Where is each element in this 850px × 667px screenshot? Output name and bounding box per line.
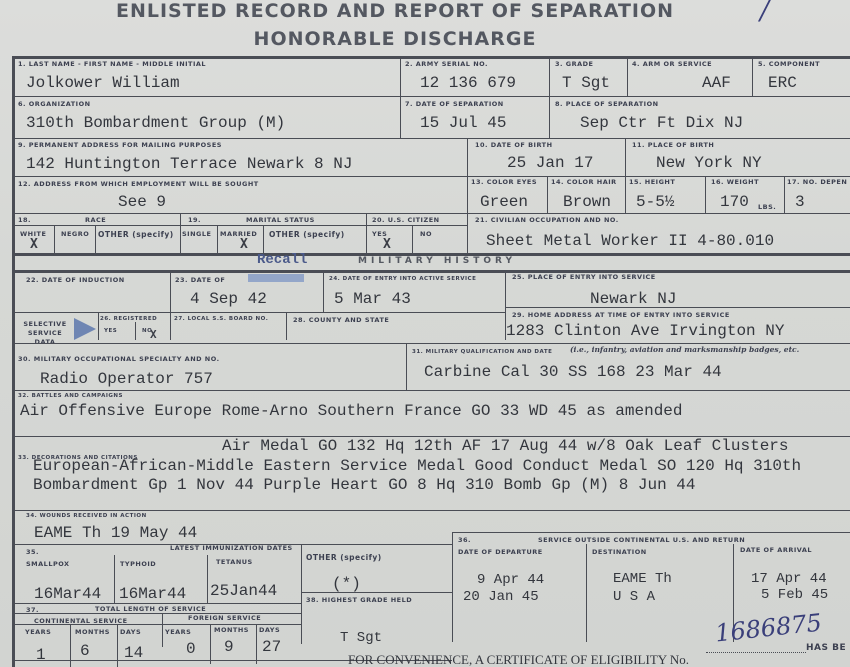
label-race: RACE: [85, 216, 106, 224]
label-county-state: 28. COUNTY AND STATE: [293, 316, 389, 324]
col-arrival: DATE OF ARRIVAL: [740, 546, 812, 554]
divider: [217, 225, 218, 253]
label-date-of: 23. DATE OF: [175, 276, 225, 284]
option-married: MARRIED: [220, 230, 257, 238]
label-induction: 22. DATE OF INDUCTION: [26, 276, 125, 284]
certificate-number: 1686875: [714, 608, 823, 647]
divider: [547, 176, 548, 213]
value-typhoid: 16Mar44: [119, 585, 186, 603]
row2-destination: U S A: [613, 589, 655, 605]
label-height: 15. HEIGHT: [629, 178, 675, 186]
label-marital: MARITAL STATUS: [246, 216, 315, 224]
label-qualification: 31. MILITARY QUALIFICATION AND DATE: [412, 349, 552, 355]
value-occupation: Sheet Metal Worker II 4-80.010: [486, 232, 774, 250]
value-organization: 310th Bombardment Group (M): [26, 114, 285, 132]
rule: [12, 96, 850, 97]
col-cont-years: YEARS: [25, 628, 51, 636]
col-smallpox: SMALLPOX: [26, 560, 70, 568]
unit-lbs: LBS.: [758, 203, 776, 211]
military-history-heading: MILITARY HISTORY: [358, 256, 516, 266]
label-dependents: 17. NO. DEPEN: [787, 178, 847, 186]
option-registered-yes: YES: [104, 328, 117, 334]
value-tetanus: 25Jan44: [210, 582, 277, 600]
row1-destination: EAME Th: [613, 571, 672, 587]
option-race-other: OTHER (specify): [98, 230, 174, 239]
label-weight: 16. WEIGHT: [711, 178, 759, 186]
value-home-address: 1283 Clinton Ave Irvington NY: [506, 322, 784, 340]
divider: [784, 176, 785, 213]
frame-top: [12, 56, 850, 59]
label-overseas: SERVICE OUTSIDE CONTINENTAL U.S. AND RET…: [538, 536, 745, 544]
label-home-address: 29. HOME ADDRESS AT TIME OF ENTRY INTO S…: [512, 311, 730, 319]
value-height: 5-5½: [636, 193, 674, 211]
divider: [180, 213, 181, 253]
label-foreign: FOREIGN SERVICE: [188, 614, 261, 622]
divider: [400, 56, 401, 138]
value-smallpox: 16Mar44: [34, 585, 101, 603]
label-eyes: 13. COLOR EYES: [471, 178, 537, 186]
rule: [12, 213, 467, 214]
value-serial: 12 136 679: [420, 74, 516, 92]
value-name: Jolkower William: [26, 74, 180, 92]
divider: [170, 312, 171, 340]
document-subtitle: HONORABLE DISCHARGE: [0, 28, 820, 50]
value-arm: AAF: [702, 74, 731, 92]
label-organization: 6. ORGANIZATION: [18, 100, 91, 108]
label-dob: 10. DATE OF BIRTH: [475, 141, 553, 149]
value-grade: T Sgt: [562, 74, 610, 92]
divider: [406, 343, 407, 390]
checkbox-registered-no[interactable]: X: [150, 328, 157, 341]
label-name: 1. LAST NAME - FIRST NAME - MIDDLE INITI…: [18, 60, 206, 68]
label-component: 5. COMPONENT: [758, 60, 820, 68]
qualification-hint: (i.e., infantry, aviation and marksmansh…: [570, 345, 799, 354]
value-hair: Brown: [563, 193, 611, 211]
row2-arrival: 5 Feb 45: [761, 587, 828, 603]
checkbox-white[interactable]: X: [30, 237, 38, 252]
divider: [625, 176, 626, 213]
divider: [752, 56, 753, 96]
value-dependents: 3: [795, 193, 805, 211]
divider: [263, 225, 264, 253]
value-employment-address: See 9: [118, 193, 166, 211]
col-cont-days: DAYS: [120, 628, 141, 636]
divider: [114, 555, 115, 603]
label-arm: 4. ARM OR SERVICE: [632, 60, 712, 68]
value-highest-grade: T Sgt: [340, 630, 382, 646]
value-foreign-days: 27: [262, 638, 281, 656]
divider: [586, 544, 587, 642]
col-tetanus: TETANUS: [216, 558, 253, 566]
value-decorations-line2: European-African-Middle Eastern Service …: [33, 457, 801, 475]
divider: [549, 56, 550, 96]
divider: [207, 555, 208, 603]
option-single: SINGLE: [182, 230, 211, 238]
label-serial: 2. ARMY SERIAL NO.: [405, 60, 488, 68]
document-title: ENLISTED RECORD AND REPORT OF SEPARATION: [0, 0, 820, 22]
value-entry-place: Newark NJ: [590, 290, 676, 308]
value-active-service: 5 Mar 43: [334, 290, 411, 308]
discharge-document: ENLISTED RECORD AND REPORT OF SEPARATION…: [0, 0, 850, 667]
rule: [505, 307, 850, 308]
rule: [467, 213, 850, 214]
pen-mark: /: [760, 0, 769, 26]
rule: [12, 624, 301, 625]
col-typhoid: TYPHOID: [120, 560, 156, 568]
rule: [12, 138, 850, 139]
rule: [12, 176, 850, 177]
footer-tail: HAS BE: [806, 643, 846, 653]
col-destination: DESTINATION: [592, 548, 647, 556]
option-negro: NEGRO: [61, 230, 89, 238]
value-decorations-line1: Air Medal GO 132 Hq 12th AF 17 Aug 44 w/…: [222, 437, 789, 455]
col-cont-months: MONTHS: [75, 628, 110, 636]
col-foreign-years: YEARS: [165, 628, 191, 636]
rule: [12, 225, 467, 226]
divider: [210, 624, 211, 664]
label-sep-place: 8. PLACE OF SEPARATION: [555, 100, 659, 108]
divider: [467, 138, 468, 253]
value-battles: Air Offensive Europe Rome-Arno Southern …: [20, 402, 683, 420]
label-immunization-num: 35.: [26, 548, 39, 556]
rule: [12, 312, 505, 313]
label-mail-address: 9. PERMANENT ADDRESS FOR MAILING PURPOSE…: [18, 141, 222, 149]
divider: [625, 138, 626, 176]
col-departure: DATE OF DEPARTURE: [458, 548, 543, 556]
rule: [12, 510, 850, 511]
redacted-stamp: [248, 274, 304, 282]
row1-departure: 9 Apr 44: [477, 572, 544, 588]
rule: [301, 592, 452, 593]
label-sep-date: 7. DATE OF SEPARATION: [405, 100, 504, 108]
divider: [366, 213, 367, 253]
label-board-no: 27. LOCAL S.S. BOARD NO.: [174, 316, 268, 322]
value-decorations-line3: Bombardment Gp 1 Nov 44 Purple Heart GO …: [33, 476, 696, 494]
option-no: NO: [420, 230, 432, 238]
label-immunization: LATEST IMMUNIZATION DATES: [170, 544, 293, 552]
label-mos: 30. MILITARY OCCUPATIONAL SPECIALTY AND …: [18, 355, 220, 363]
value-qualification: Carbine Cal 30 SS 168 23 Mar 44: [424, 363, 722, 381]
rule: [12, 603, 301, 604]
divider: [452, 532, 453, 642]
label-wounds: 34. WOUNDS RECEIVED IN ACTION: [26, 513, 147, 519]
footer-text: FOR CONVENIENCE, A CERTIFICATE OF ELIGIB…: [348, 652, 689, 667]
divider: [162, 613, 163, 647]
label-entry-place: 25. PLACE OF ENTRY INTO SERVICE: [512, 273, 656, 281]
label-race-num: 18.: [18, 216, 31, 224]
value-cont-months: 6: [80, 642, 90, 660]
value-foreign-months: 9: [224, 638, 234, 656]
value-dob: 25 Jan 17: [507, 154, 593, 172]
label-grade: 3. GRADE: [555, 60, 593, 68]
value-other: (*): [332, 575, 361, 593]
divider: [98, 312, 99, 340]
row1-arrival: 17 Apr 44: [751, 571, 827, 587]
rule: [12, 270, 850, 273]
value-pob: New York NY: [656, 154, 762, 172]
checkbox-citizen-yes[interactable]: X: [383, 237, 391, 252]
value-cont-years: 1: [36, 646, 46, 664]
option-marital-other: OTHER (specify): [269, 230, 345, 239]
value-sep-date: 15 Jul 45: [420, 114, 506, 132]
label-overseas-num: 36.: [458, 536, 471, 544]
divider: [286, 312, 287, 340]
col-foreign-days: DAYS: [259, 626, 280, 634]
label-pob: 11. PLACE OF BIRTH: [632, 141, 714, 149]
value-mos: Radio Operator 757: [40, 370, 213, 388]
divider: [170, 270, 171, 312]
value-sep-place: Sep Ctr Ft Dix NJ: [580, 114, 743, 132]
frame-left: [12, 58, 15, 667]
col-foreign-months: MONTHS: [214, 626, 249, 634]
label-registered: 26. REGISTERED: [100, 316, 157, 322]
label-hair: 14. COLOR HAIR: [551, 178, 617, 186]
divider: [627, 56, 628, 96]
value-weight: 170: [720, 193, 749, 211]
divider: [301, 544, 302, 644]
recall-stamp: Recall: [257, 252, 307, 268]
row2-departure: 20 Jan 45: [463, 589, 539, 605]
label-marital-num: 19.: [188, 216, 201, 224]
divider: [705, 176, 706, 213]
checkbox-married[interactable]: X: [240, 237, 248, 252]
divider: [54, 225, 55, 253]
value-date-23: 4 Sep 42: [190, 290, 267, 308]
rule: [452, 532, 850, 533]
divider: [323, 270, 324, 312]
value-component: ERC: [768, 74, 797, 92]
rule: [12, 390, 850, 391]
value-foreign-years: 0: [186, 640, 196, 658]
label-battles: 32. BATTLES AND CAMPAIGNS: [18, 393, 123, 399]
col-other: OTHER (specify): [306, 553, 382, 562]
value-wounds: EAME Th 19 May 44: [34, 524, 197, 542]
divider: [549, 96, 550, 138]
rule: [12, 343, 850, 344]
label-citizen: 20. U.S. CITIZEN: [372, 216, 440, 224]
divider: [95, 225, 96, 253]
value-mail-address: 142 Huntington Terrace Newark 8 NJ: [26, 155, 352, 173]
label-occupation: 21. CIVILIAN OCCUPATION AND NO.: [475, 216, 619, 224]
rule: [706, 652, 806, 653]
label-highest-grade: 38. HIGHEST GRADE HELD: [306, 596, 412, 604]
divider: [135, 322, 136, 340]
label-active-service: 24. DATE OF ENTRY INTO ACTIVE SERVICE: [329, 276, 476, 282]
divider: [412, 225, 413, 253]
divider: [256, 624, 257, 664]
arrow-icon: [74, 318, 96, 340]
value-eyes: Green: [480, 193, 528, 211]
label-service-length: TOTAL LENGTH OF SERVICE: [95, 605, 206, 613]
label-employment-address: 12. ADDRESS FROM WHICH EMPLOYMENT WILL B…: [18, 180, 259, 188]
